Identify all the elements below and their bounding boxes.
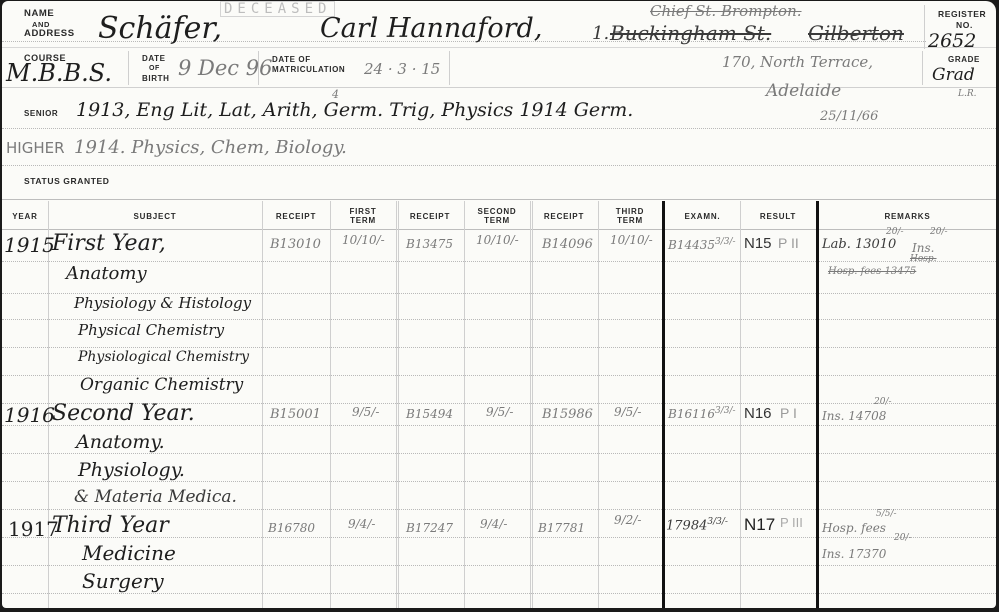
receipt-2: B17247	[406, 521, 453, 535]
remarks-ins: Ins.	[912, 241, 934, 255]
col-divider	[396, 201, 399, 608]
address-correction: Chief St. Brompton.	[650, 2, 802, 20]
subject-item: Medicine	[82, 541, 176, 565]
col-divider	[740, 201, 741, 608]
col-divider	[330, 201, 331, 608]
row-rule	[2, 319, 996, 320]
given-names: Carl Hannaford,	[320, 13, 542, 44]
third-term-fee: 9/2/-	[614, 513, 641, 527]
higher-label: HIGHER	[6, 139, 65, 157]
remarks-fee: 20/-	[930, 227, 948, 237]
col-divider	[598, 201, 599, 608]
grade-value: Grad	[932, 65, 975, 85]
receipt-1: B15001	[270, 407, 321, 422]
receipt-3: B17781	[538, 521, 585, 535]
result-grade: P I	[780, 405, 797, 421]
remarks-fee: 5/5/-	[876, 509, 897, 519]
receipt-3: B15986	[542, 407, 593, 422]
col-header-receipt-1: RECEIPT	[262, 204, 330, 228]
row-year: 1915	[4, 233, 55, 257]
row-subject: Third Year	[52, 513, 169, 538]
receipt-2: B13475	[406, 237, 453, 251]
row-rule	[2, 565, 996, 566]
address-struck: Buckingham St.	[610, 21, 771, 45]
subject-item: Anatomy	[66, 263, 147, 284]
first-term-fee: 10/10/-	[342, 233, 385, 247]
examn-receipt: B144353/3/-	[668, 237, 736, 252]
remarks-line: Lab. 13010	[822, 237, 896, 252]
row-divider	[2, 47, 996, 48]
register-number: 2652	[928, 30, 976, 52]
dob-label-2: OF	[149, 64, 160, 74]
third-term-fee: 9/5/-	[614, 405, 641, 419]
course-value: M.B.B.S.	[6, 59, 112, 87]
col-header-second-term: SECONDTERM	[464, 204, 530, 228]
remarks-fee: 20/-	[874, 397, 892, 407]
receipt-1: B16780	[268, 521, 315, 535]
higher-value: 1914. Physics, Chem, Biology.	[74, 137, 347, 158]
receipt-2: B15494	[406, 407, 453, 421]
senior-label: SENIOR	[24, 109, 58, 119]
remarks-line: Ins. 14708	[822, 409, 886, 423]
address-new-line2: Adelaide	[766, 81, 841, 101]
col-header-remarks: REMARKS	[819, 204, 996, 228]
grade-note: L.R.	[958, 89, 976, 99]
subject-item: & Materia Medica.	[74, 487, 237, 507]
subject-item: Physical Chemistry	[78, 321, 224, 339]
student-record-card: NAME AND ADDRESS DECEASED Schäfer, Carl …	[2, 1, 996, 608]
subject-item: Physiology & Histology	[74, 294, 251, 312]
dob-label-3: BIRTH	[142, 74, 169, 84]
col-header-third-term: THIRDTERM	[598, 204, 662, 228]
remarks-line: Hosp. fees	[822, 521, 886, 535]
result-grade: P II	[778, 235, 799, 251]
col-header-subject: SUBJECT	[48, 204, 262, 228]
address-date: 25/11/66	[820, 109, 878, 124]
col-divider	[530, 201, 533, 608]
row-divider	[2, 87, 996, 88]
remarks-struck: Hosp. fees 13475	[828, 266, 916, 277]
subject-item: Surgery	[82, 569, 164, 593]
deceased-stamp: DECEASED	[220, 1, 335, 17]
address-suburb: Gilberton	[808, 21, 904, 45]
col-divider	[262, 201, 263, 608]
receipt-3: B14096	[542, 237, 593, 252]
senior-value: 1913, Eng Lit, Lat, Arith, Germ. Trig, P…	[76, 99, 633, 121]
row-rule	[2, 347, 996, 348]
subject-item: Physiological Chemistry	[78, 349, 249, 365]
examn-receipt: 179843/3/-	[666, 517, 728, 533]
matric-label-2: MATRICULATION	[272, 65, 345, 75]
table-header-rule	[2, 229, 996, 230]
date-of-birth: 9 Dec 96	[178, 56, 272, 80]
col-header-examn: EXAMN.	[665, 204, 740, 228]
senior-insert: 4	[332, 88, 339, 101]
row-subject: First Year,	[52, 231, 166, 256]
row-rule	[2, 481, 996, 482]
second-term-fee: 9/5/-	[486, 405, 513, 419]
surname: Schäfer,	[98, 11, 222, 46]
dob-label-1: DATE	[142, 54, 166, 64]
subject-item: Physiology.	[78, 459, 185, 481]
row-rule	[2, 453, 996, 454]
matric-label-1: DATE OF	[272, 55, 311, 65]
col-header-year: YEAR	[2, 204, 48, 228]
col-divider-thick	[662, 201, 665, 608]
col-header-receipt-2: RECEIPT	[396, 204, 464, 228]
register-no-label: NO.	[956, 20, 973, 30]
row-rule	[2, 593, 996, 594]
name-label: NAME	[24, 9, 54, 19]
row-rule	[2, 509, 996, 510]
senior-rule	[2, 128, 996, 129]
col-divider	[464, 201, 465, 608]
examn-receipt: B161163/3/-	[668, 406, 736, 421]
subject-item: Organic Chemistry	[80, 375, 243, 395]
first-term-fee: 9/4/-	[348, 517, 375, 531]
status-granted-label: STATUS GRANTED	[24, 176, 110, 186]
first-term-fee: 9/5/-	[352, 405, 379, 419]
remarks-fee: 20/-	[894, 533, 912, 543]
col-header-result: RESULT	[740, 204, 816, 228]
divider	[922, 51, 923, 85]
subject-item: Anatomy.	[76, 431, 165, 453]
address-new-line1: 170, North Terrace,	[722, 53, 873, 71]
third-term-fee: 10/10/-	[610, 233, 653, 247]
second-term-fee: 10/10/-	[476, 233, 519, 247]
col-divider-thick	[816, 201, 819, 608]
remarks-fee: 20/-	[886, 227, 904, 237]
divider	[128, 51, 129, 85]
col-header-first-term: FIRSTTERM	[330, 204, 396, 228]
grade-label: GRADE	[948, 55, 980, 65]
receipt-1: B13010	[270, 237, 321, 252]
remarks-struck: Hosp.	[910, 254, 937, 264]
date-of-matriculation: 24 · 3 · 15	[364, 60, 440, 78]
address-label: ADDRESS	[24, 29, 75, 39]
address-prefix: 1.	[592, 23, 609, 44]
row-year: 1916	[4, 403, 55, 427]
higher-rule	[2, 165, 996, 166]
result-number: N17	[744, 515, 775, 535]
register-label: REGISTER	[938, 9, 986, 19]
second-term-fee: 9/4/-	[480, 517, 507, 531]
row-subject: Second Year.	[52, 401, 195, 426]
table-top-rule	[2, 199, 996, 200]
result-grade: P III	[780, 515, 803, 530]
remarks-line: Ins. 17370	[822, 547, 886, 561]
divider	[924, 5, 925, 49]
col-header-receipt-3: RECEIPT	[530, 204, 598, 228]
result-number: N15	[744, 235, 772, 252]
divider	[449, 51, 450, 85]
row-rule	[2, 261, 996, 262]
result-number: N16	[744, 405, 772, 422]
